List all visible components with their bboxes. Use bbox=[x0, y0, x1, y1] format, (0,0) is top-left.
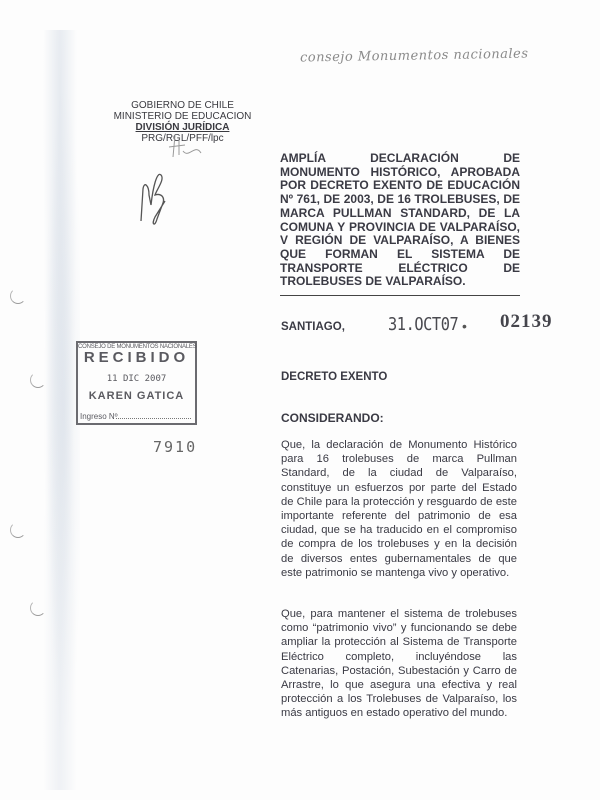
decree-type: DECRETO EXENTO bbox=[281, 371, 387, 383]
scan-noise bbox=[40, 30, 80, 790]
binder-hole bbox=[10, 522, 26, 538]
document-number: 7910 bbox=[153, 438, 197, 456]
letterhead-government: GOBIERNO DE CHILE bbox=[100, 100, 265, 111]
considerando-paragraph-2: Que, para mantener el sistema de trolebu… bbox=[281, 607, 517, 721]
decree-title: AMPLÍA DECLARACIÓN DE MONUMENTO HISTÓRIC… bbox=[280, 152, 520, 289]
title-underline bbox=[280, 295, 520, 296]
place-label: SANTIAGO, bbox=[281, 321, 345, 333]
letterhead-division: DIVISIÓN JURÍDICA bbox=[100, 122, 265, 133]
stamp-ingreso-line bbox=[116, 418, 191, 419]
letterhead-ministry: MINISTERIO DE EDUCACION bbox=[100, 111, 265, 122]
stamp-status: RECIBIDO bbox=[78, 349, 195, 366]
considerando-paragraph-1: Que, la declaración de Monumento Históri… bbox=[281, 438, 517, 580]
considerando-heading: CONSIDERANDO: bbox=[281, 411, 384, 425]
stamped-date: 31.OCT07 bbox=[388, 314, 458, 335]
stamped-separator: • bbox=[462, 318, 467, 334]
decree-number: 02139 bbox=[500, 311, 553, 333]
handwritten-note: consejo Monumentos nacionales bbox=[300, 45, 590, 65]
stamp-received-date: 11 DIC 2007 bbox=[78, 374, 195, 384]
initials-mark-icon bbox=[165, 133, 205, 163]
binder-hole bbox=[30, 600, 46, 616]
received-stamp: CONSEJO DE MONUMENTOS NACIONALES RECIBID… bbox=[76, 341, 197, 425]
stamp-ingreso-label: Ingreso Nº bbox=[80, 412, 118, 421]
binder-hole bbox=[10, 288, 26, 304]
signature-icon bbox=[135, 165, 185, 235]
stamp-receiver: KAREN GATICA bbox=[78, 390, 195, 402]
binder-hole bbox=[30, 372, 46, 388]
